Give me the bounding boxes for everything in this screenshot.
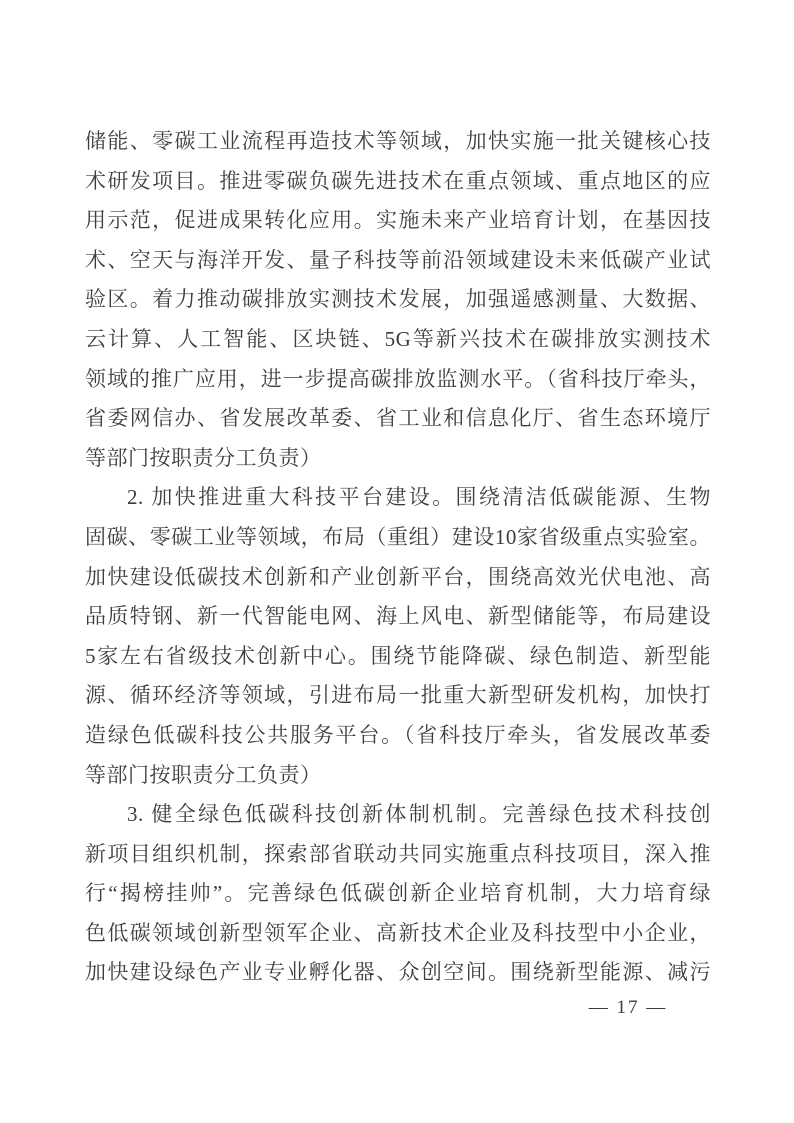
paragraph-2: 2. 加快推进重大科技平台建设。围绕清洁低碳能源、生物 固碳、零碳工业等领域，布…	[85, 478, 711, 795]
text-line: 源、循环经济等领域，引进布局一批重大新型研发机构，加快打	[85, 676, 711, 716]
text-line: 新项目组织机制，探索部省联动共同实施重点科技项目，深入推	[85, 835, 711, 875]
paragraph-1: 储能、零碳工业流程再造技术等领域，加快实施一批关键核心技 术研发项目。推进零碳负…	[85, 122, 711, 478]
text-line: 术研发项目。推进零碳负碳先进技术在重点领域、重点地区的应	[85, 162, 711, 202]
text-line: 5家左右省级技术创新中心。围绕节能降碳、绿色制造、新型能	[85, 637, 711, 677]
text-line: 固碳、零碳工业等领域，布局（重组）建设10家省级重点实验室。	[85, 518, 711, 558]
text-line: 造绿色低碳科技公共服务平台。（省科技厅牵头，省发展改革委	[85, 716, 711, 756]
text-line: 品质特钢、新一代智能电网、海上风电、新型储能等，布局建设	[85, 597, 711, 637]
text-line: 加快建设绿色产业专业孵化器、众创空间。围绕新型能源、减污	[85, 953, 711, 993]
paragraph-3: 3. 健全绿色低碳科技创新体制机制。完善绿色技术科技创 新项目组织机制，探索部省…	[85, 795, 711, 993]
text-line: 3. 健全绿色低碳科技创新体制机制。完善绿色技术科技创	[85, 795, 711, 835]
text-line: 术、空天与海洋开发、量子科技等前沿领域建设未来低碳产业试	[85, 241, 711, 281]
text-line: 2. 加快推进重大科技平台建设。围绕清洁低碳能源、生物	[85, 478, 711, 518]
text-line: 云计算、人工智能、区块链、5G等新兴技术在碳排放实测技术	[85, 320, 711, 360]
text-line: 用示范，促进成果转化应用。实施未来产业培育计划，在基因技	[85, 201, 711, 241]
text-line: 等部门按职责分工负责）	[85, 756, 711, 796]
text-line: 省委网信办、省发展改革委、省工业和信息化厅、省生态环境厅	[85, 399, 711, 439]
text-line: 验区。着力推动碳排放实测技术发展，加强遥感测量、大数据、	[85, 280, 711, 320]
text-line: 储能、零碳工业流程再造技术等领域，加快实施一批关键核心技	[85, 122, 711, 162]
text-line: 行“揭榜挂帅”。完善绿色低碳创新企业培育机制，大力培育绿	[85, 874, 711, 914]
text-line: 色低碳领域创新型领军企业、高新技术企业及科技型中小企业，	[85, 914, 711, 954]
document-page: 储能、零碳工业流程再造技术等领域，加快实施一批关键核心技 术研发项目。推进零碳负…	[0, 0, 794, 1123]
text-line: 等部门按职责分工负责）	[85, 439, 711, 479]
document-text-block: 储能、零碳工业流程再造技术等领域，加快实施一批关键核心技 术研发项目。推进零碳负…	[85, 122, 711, 993]
text-line: 领域的推广应用，进一步提高碳排放监测水平。（省科技厅牵头，	[85, 360, 711, 400]
text-line: 加快建设低碳技术创新和产业创新平台，围绕高效光伏电池、高	[85, 558, 711, 598]
page-number: — 17 —	[568, 992, 688, 1024]
